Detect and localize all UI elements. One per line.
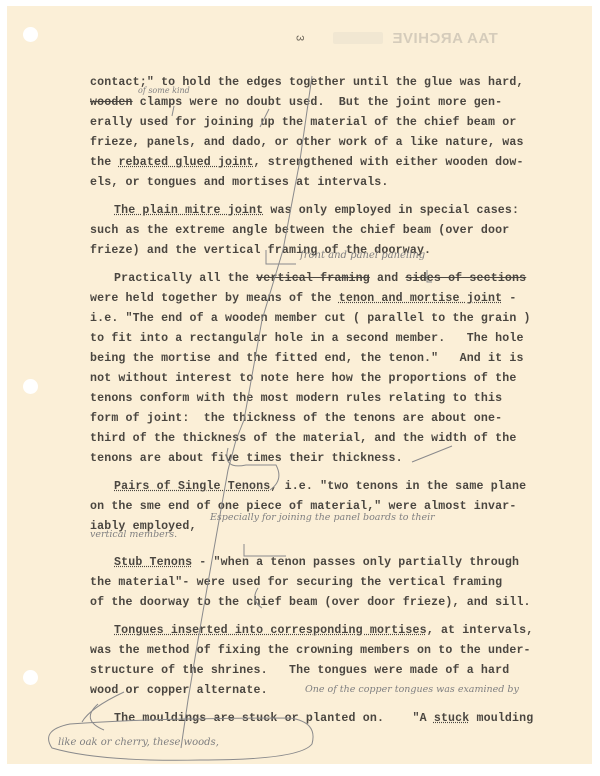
text-line: tenons are about five times their thickn… xyxy=(90,450,403,468)
text-line: wood or copper alternate. xyxy=(90,682,268,700)
text-line: to fit into a rectangular hole in a seco… xyxy=(90,330,524,348)
annotation-front-panel: front and panel paneling xyxy=(300,250,425,261)
text-line: The mouldings are stuck or planted on. "… xyxy=(114,710,533,728)
annotation-of-some-kind: of some kind xyxy=(138,86,190,95)
struck-phrase: sides of sections xyxy=(405,272,526,285)
text-line: Tongues inserted into corresponding mort… xyxy=(114,622,533,640)
text-line: the rebated glued joint, strengthened wi… xyxy=(90,154,524,172)
term-tenon-and-mortise-joint: tenon and mortise joint xyxy=(339,292,502,305)
term-pairs-of-single-tenons: Pairs of Single Tenons xyxy=(114,480,270,493)
punch-hole xyxy=(23,27,38,42)
archive-stamp: TAA ARCHIVE xyxy=(392,30,498,47)
text-line: such as the extreme angle between the ch… xyxy=(90,222,509,240)
text-line: erally used for joining up the material … xyxy=(90,114,516,132)
text-line: of the doorway to the chief beam (over d… xyxy=(90,594,531,612)
term-stuck: stuck xyxy=(434,712,470,725)
struck-phrase: vertical framing xyxy=(256,272,370,285)
text-line: i.e. "The end of a wooden member cut ( p… xyxy=(90,310,531,328)
text-line: form of joint: the thickness of the teno… xyxy=(90,410,502,428)
annotation-vertical-members: vertical members. xyxy=(90,529,177,540)
text-line: structure of the shrines. The tongues we… xyxy=(90,662,509,680)
punch-hole xyxy=(23,379,38,394)
annotation-circled-note: like oak or cherry, these woods, xyxy=(58,737,219,748)
term-rebated-glued-joint: rebated glued joint xyxy=(118,156,253,169)
text-line: Pairs of Single Tenons, i.e. "two tenons… xyxy=(114,478,526,496)
text-line: Practically all the vertical framing and… xyxy=(114,270,526,288)
text-line: frieze, panels, and dado, or other work … xyxy=(90,134,524,152)
term-plain-mitre-joint: The plain mitre joint xyxy=(114,204,263,217)
text-line: tenons conform with the most modern rule… xyxy=(90,390,502,408)
struck-word: wooden xyxy=(90,96,133,109)
annotation-copper-tongues: One of the copper tongues was examined b… xyxy=(305,684,519,695)
page-number: 3 xyxy=(292,35,304,42)
text-line: was the method of fixing the crowning me… xyxy=(90,642,531,660)
text-line: the material"- were used for securing th… xyxy=(90,574,502,592)
faint-stamp-mark xyxy=(333,32,383,44)
text-line: not without interest to note here how th… xyxy=(90,370,516,388)
text-line: being the mortise and the fitted end, th… xyxy=(90,350,524,368)
text-line: wooden clamps were no doubt used. But th… xyxy=(90,94,502,112)
text-line: third of the thickness of the material, … xyxy=(90,430,516,448)
text-line: els, or tongues and mortises at interval… xyxy=(90,174,389,192)
text-line: Stub Tenons - "when a tenon passes only … xyxy=(114,554,519,572)
text-line: The plain mitre joint was only employed … xyxy=(114,202,519,220)
annotation-especially: Especially for joining the panel boards … xyxy=(210,512,435,523)
term-stub-tenons: Stub Tenons xyxy=(114,556,192,569)
punch-hole xyxy=(23,670,38,685)
term-tongues-inserted: Tongues inserted into corresponding mort… xyxy=(114,624,427,637)
text-line: were held together by means of the tenon… xyxy=(90,290,516,308)
